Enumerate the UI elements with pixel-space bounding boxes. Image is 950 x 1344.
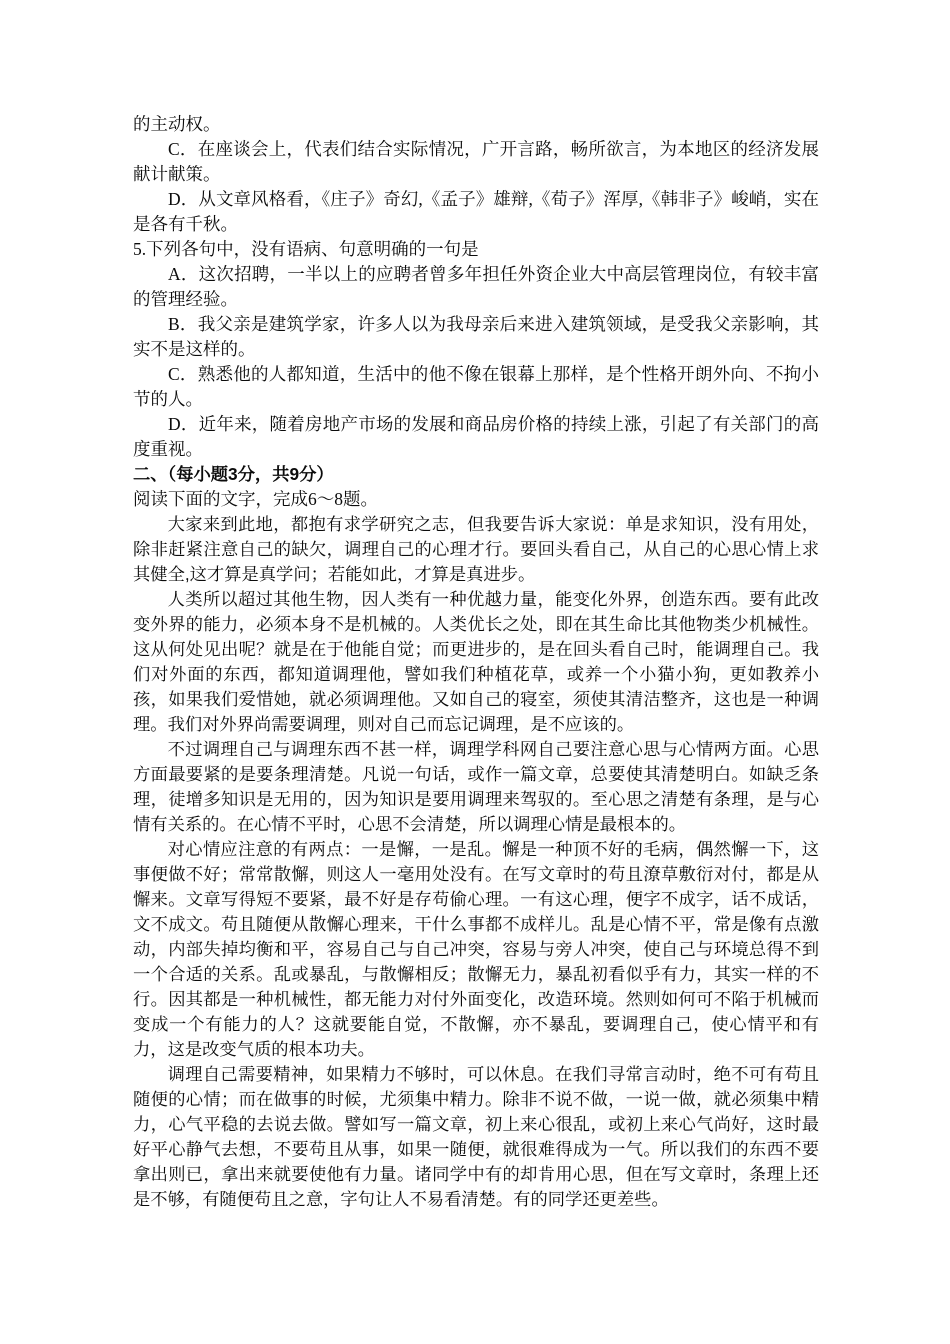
option-text: 这次招聘，一半以上的应聘者曾多年担任外资企业大中高层管理岗位，有较丰富的管理经验… (133, 264, 819, 309)
passage-paragraph-5: 调理自己需要精神，如果精力不够时，可以休息。在我们寻常言动时，绝不可有苟且随便的… (133, 1062, 819, 1212)
passage-paragraph-3: 不过调理自己与调理东西不甚一样，调理学科网自己要注意心思与心情两方面。心思方面最… (133, 737, 819, 837)
q5-option-d: D．近年来，随着房地产市场的发展和商品房价格的持续上涨，引起了有关部门的高度重视… (133, 412, 819, 462)
option-text: 近年来，随着房地产市场的发展和商品房价格的持续上涨，引起了有关部门的高度重视。 (133, 414, 819, 459)
passage-paragraph-1: 大家来到此地，都抱有求学研究之志，但我要告诉大家说：单是求知识，没有用处，除非赶… (133, 512, 819, 587)
option-label: B． (168, 314, 198, 334)
q4-option-b-continuation: 的主动权。 (133, 112, 819, 137)
option-label: C． (168, 139, 198, 159)
option-text: 我父亲是建筑学家，许多人以为我母亲后来进入建筑领域，是受我父亲影响，其实不是这样… (133, 314, 819, 359)
q5-option-c: C．熟悉他的人都知道，生活中的他不像在银幕上那样，是个性格开朗外向、不拘小节的人… (133, 362, 819, 412)
q4-option-c: C．在座谈会上，代表们结合实际情况，广开言路，畅所欲言，为本地区的经济发展献计献… (133, 137, 819, 187)
exam-page: 的主动权。 C．在座谈会上，代表们结合实际情况，广开言路，畅所欲言，为本地区的经… (0, 0, 950, 1344)
q5-stem: 5.下列各句中，没有语病、句意明确的一句是 (133, 237, 819, 262)
text-block: 的主动权。 C．在座谈会上，代表们结合实际情况，广开言路，畅所欲言，为本地区的经… (133, 112, 819, 1212)
option-text: 从文章风格看，《庄子》奇幻,《孟子》雄辩,《荀子》浑厚,《韩非子》峻峭，实在是各… (133, 189, 819, 234)
option-label: A． (168, 264, 199, 284)
q5-option-a: A．这次招聘，一半以上的应聘者曾多年担任外资企业大中高层管理岗位，有较丰富的管理… (133, 262, 819, 312)
section-2-heading: 二、（每小题3分，共9分） (133, 462, 819, 487)
option-text: 在座谈会上，代表们结合实际情况，广开言路，畅所欲言，为本地区的经济发展献计献策。 (133, 139, 819, 184)
option-label: C． (168, 364, 198, 384)
q4-option-d: D．从文章风格看，《庄子》奇幻,《孟子》雄辩,《荀子》浑厚,《韩非子》峻峭，实在… (133, 187, 819, 237)
option-text: 熟悉他的人都知道，生活中的他不像在银幕上那样，是个性格开朗外向、不拘小节的人。 (133, 364, 819, 409)
passage-paragraph-4: 对心情应注意的有两点：一是懈，一是乱。懈是一种顶不好的毛病，偶然懈一下，这事便做… (133, 837, 819, 1062)
q5-option-b: B．我父亲是建筑学家，许多人以为我母亲后来进入建筑领域，是受我父亲影响，其实不是… (133, 312, 819, 362)
option-label: D． (168, 414, 199, 434)
option-label: D． (168, 189, 198, 209)
reading-instruction: 阅读下面的文字，完成6～8题。 (133, 487, 819, 512)
passage-paragraph-2: 人类所以超过其他生物，因人类有一种优越力量，能变化外界，创造东西。要有此改变外界… (133, 587, 819, 737)
